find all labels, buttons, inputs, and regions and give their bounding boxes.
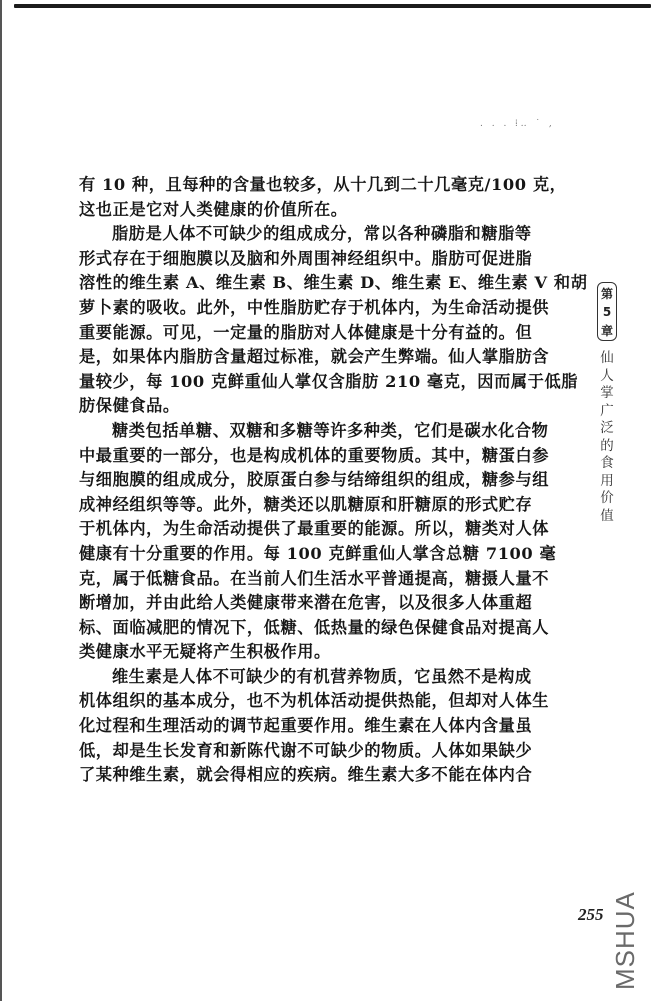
chapter-title-char: 仙: [600, 350, 614, 368]
text-line: 于机体内，为生命活动提供了最重要的能源。所以，糖类对人体: [79, 517, 579, 542]
header-rule: [14, 4, 651, 8]
text-line: 糖类包括单糖、双糖和多糖等许多种类，它们是碳水化合物: [79, 419, 579, 444]
text-line: 重要能源。可见，一定量的脂肪对人体健康是十分有益的。但: [79, 321, 579, 346]
chapter-tab: 第 5 章: [597, 282, 617, 341]
text-line: 脂肪是人体不可缺少的组成成分，常以各种磷脂和糖脂等: [79, 222, 579, 247]
text-line: 溶性的维生素 A、维生素 B、维生素 D、维生素 E、维生素 V 和胡: [79, 271, 579, 296]
text-line: 肪保健食品。: [79, 394, 579, 419]
chapter-title-char: 人: [600, 368, 614, 386]
text-line: 低，却是生长发育和新陈代谢不可缺少的物质。人体如果缺少: [79, 739, 579, 764]
text-line: 有 10 种，且每种的含量也较多，从十几到二十几毫克/100 克，: [79, 173, 579, 198]
chapter-title-char: 值: [600, 508, 614, 526]
body-text: 有 10 种，且每种的含量也较多，从十几到二十几毫克/100 克，这也正是它对人…: [79, 173, 579, 788]
text-line: 萝卜素的吸收。此外，中性脂肪贮存于机体内，为生命活动提供: [79, 296, 579, 321]
text-line: 中最重要的一部分，也是构成机体的重要物质。其中，糖蛋白参: [79, 444, 579, 469]
page-number: 255: [578, 905, 604, 925]
chapter-title-char: 广: [600, 403, 614, 421]
text-line: 克，属于低糖食品。在当前人们生活水平普通提高，糖摄人量不: [79, 567, 579, 592]
chapter-title-char: 食: [600, 455, 614, 473]
chapter-tab-char: 第: [601, 285, 613, 302]
text-line: 成神经组织等等。此外，糖类还以肌糖原和肝糖原的形式贮存: [79, 493, 579, 518]
chapter-tab-char: 5: [603, 305, 611, 319]
watermark: MSHUA: [610, 891, 641, 990]
text-line: 类健康水平无疑将产生积极作用。: [79, 640, 579, 665]
chapter-title-char: 的: [600, 438, 614, 456]
text-line: 形式存在于细胞膜以及脑和外周围神经组织中。脂肪可促进脂: [79, 247, 579, 272]
text-line: 维生素是人体不可缺少的有机营养物质，它虽然不是构成: [79, 665, 579, 690]
chapter-tab-char: 章: [601, 322, 613, 339]
text-line: 断增加，并由此给人类健康带来潜在危害，以及很多人体重超: [79, 591, 579, 616]
text-line: 与细胞膜的组成成分，胶原蛋白参与结缔组织的组成，糖参与组: [79, 468, 579, 493]
chapter-title-char: 用: [600, 473, 614, 491]
page-left-edge: [0, 0, 2, 1001]
text-line: 标、面临减肥的情况下，低糖、低热量的绿色保健食品对提高人: [79, 616, 579, 641]
chapter-title-vertical: 仙 人 掌 广 泛 的 食 用 价 值: [598, 350, 616, 525]
scan-specks: . . . ⁞‥ ˙ ,: [480, 118, 555, 129]
text-line: 健康有十分重要的作用。每 100 克鲜重仙人掌含总糖 7100 毫: [79, 542, 579, 567]
text-line: 化过程和生理活动的调节起重要作用。维生素在人体内含量虽: [79, 714, 579, 739]
chapter-title-char: 泛: [600, 420, 614, 438]
chapter-title-char: 掌: [600, 385, 614, 403]
text-line: 量较少，每 100 克鲜重仙人掌仅含脂肪 210 毫克，因而属于低脂: [79, 370, 579, 395]
chapter-title-char: 价: [600, 490, 614, 508]
text-line: 是，如果体内脂肪含量超过标准，就会产生弊端。仙人掌脂肪含: [79, 345, 579, 370]
text-line: 了某种维生素，就会得相应的疾病。维生素大多不能在体内合: [79, 763, 579, 788]
text-line: 机体组织的基本成分，也不为机体活动提供热能，但却对人体生: [79, 689, 579, 714]
text-line: 这也正是它对人类健康的价值所在。: [79, 198, 579, 223]
